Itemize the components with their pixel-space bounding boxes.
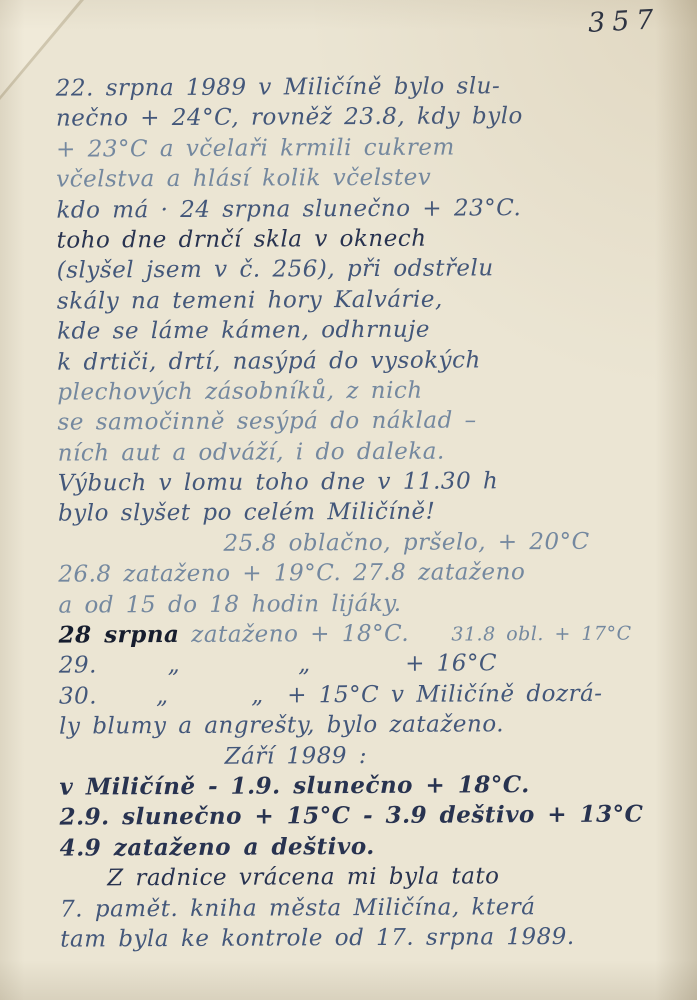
handwriting-line: toho dne drnčí skla v oknech — [56, 222, 671, 256]
handwriting-line: 29. „ „ + 16°C — [59, 648, 674, 682]
handwriting-line: 2.9. slunečno + 15°C - 3.9 deštivo + 13°… — [60, 800, 675, 834]
handwriting-line: včelstva a hlásí kolik včelstev — [56, 162, 671, 196]
handwriting-line: 30. „ „ + 15°C v Miličíně dozrá- — [59, 678, 674, 712]
chronicle-page: 357 22. srpna 1989 v Miličíně bylo slu- … — [0, 0, 697, 1000]
handwriting-line: 4.9 zataženo a deštivo. — [60, 830, 675, 864]
handwritten-text-block: 22. srpna 1989 v Miličíně bylo slu- nečn… — [56, 70, 676, 955]
handwriting-line: tam byla ke kontrole od 17. srpna 1989. — [60, 921, 675, 955]
weather-segment: zataženo + 18°C. — [179, 621, 409, 648]
overwritten-date-segment: 28 srpna — [59, 621, 180, 649]
page-number: 357 — [587, 4, 661, 39]
handwriting-line: plechových zásobníků, z nich — [57, 374, 672, 408]
handwriting-line: a od 15 do 18 hodin lijáky. — [58, 587, 673, 621]
handwriting-line: k drtiči, drtí, nasýpá do vysokých — [57, 344, 672, 378]
handwriting-line: 26.8 zataženo + 19°C. 27.8 zataženo — [58, 557, 673, 591]
handwriting-line: ních aut a odváží, i do daleka. — [58, 435, 673, 469]
handwriting-line: 22. srpna 1989 v Miličíně bylo slu- — [56, 70, 671, 104]
handwriting-line: kdo má · 24 srpna slunečno + 23°C. — [56, 192, 671, 226]
handwriting-line: v Miličíně - 1.9. slunečno + 18°C. — [59, 769, 674, 803]
handwriting-line: Z radnice vrácena mi byla tato — [60, 861, 675, 895]
handwriting-line: ly blumy a angrešty, bylo zataženo. — [59, 709, 674, 743]
handwriting-line: (slyšel jsem v č. 256), při odstřelu — [57, 253, 672, 287]
handwriting-line: + 23°C a včelaři krmili cukrem — [56, 131, 671, 165]
handwriting-line: se samočinně sesýpá do náklad – — [57, 405, 672, 439]
handwriting-line: 25.8 oblačno, pršelo, + 20°C — [58, 526, 673, 560]
margin-note-segment: 31.8 obl. + 17°C — [409, 623, 632, 646]
handwriting-line-mixed-ink: 28 srpna zataženo + 18°C. 31.8 obl. + 17… — [59, 617, 674, 651]
handwriting-line: kde se láme kámen, odhrnuje — [57, 314, 672, 348]
handwriting-line: Výbuch v lomu toho dne v 11.30 h — [58, 465, 673, 499]
handwriting-line: bylo slyšet po celém Miličíně! — [58, 496, 673, 530]
handwriting-line: skály na temeni hory Kalvárie, — [57, 283, 672, 317]
handwriting-line: 7. pamět. kniha města Miličína, která — [60, 891, 675, 925]
handwriting-line-heading: Září 1989 : — [59, 739, 674, 773]
handwriting-line: nečno + 24°C, rovněž 23.8, kdy bylo — [56, 101, 671, 135]
